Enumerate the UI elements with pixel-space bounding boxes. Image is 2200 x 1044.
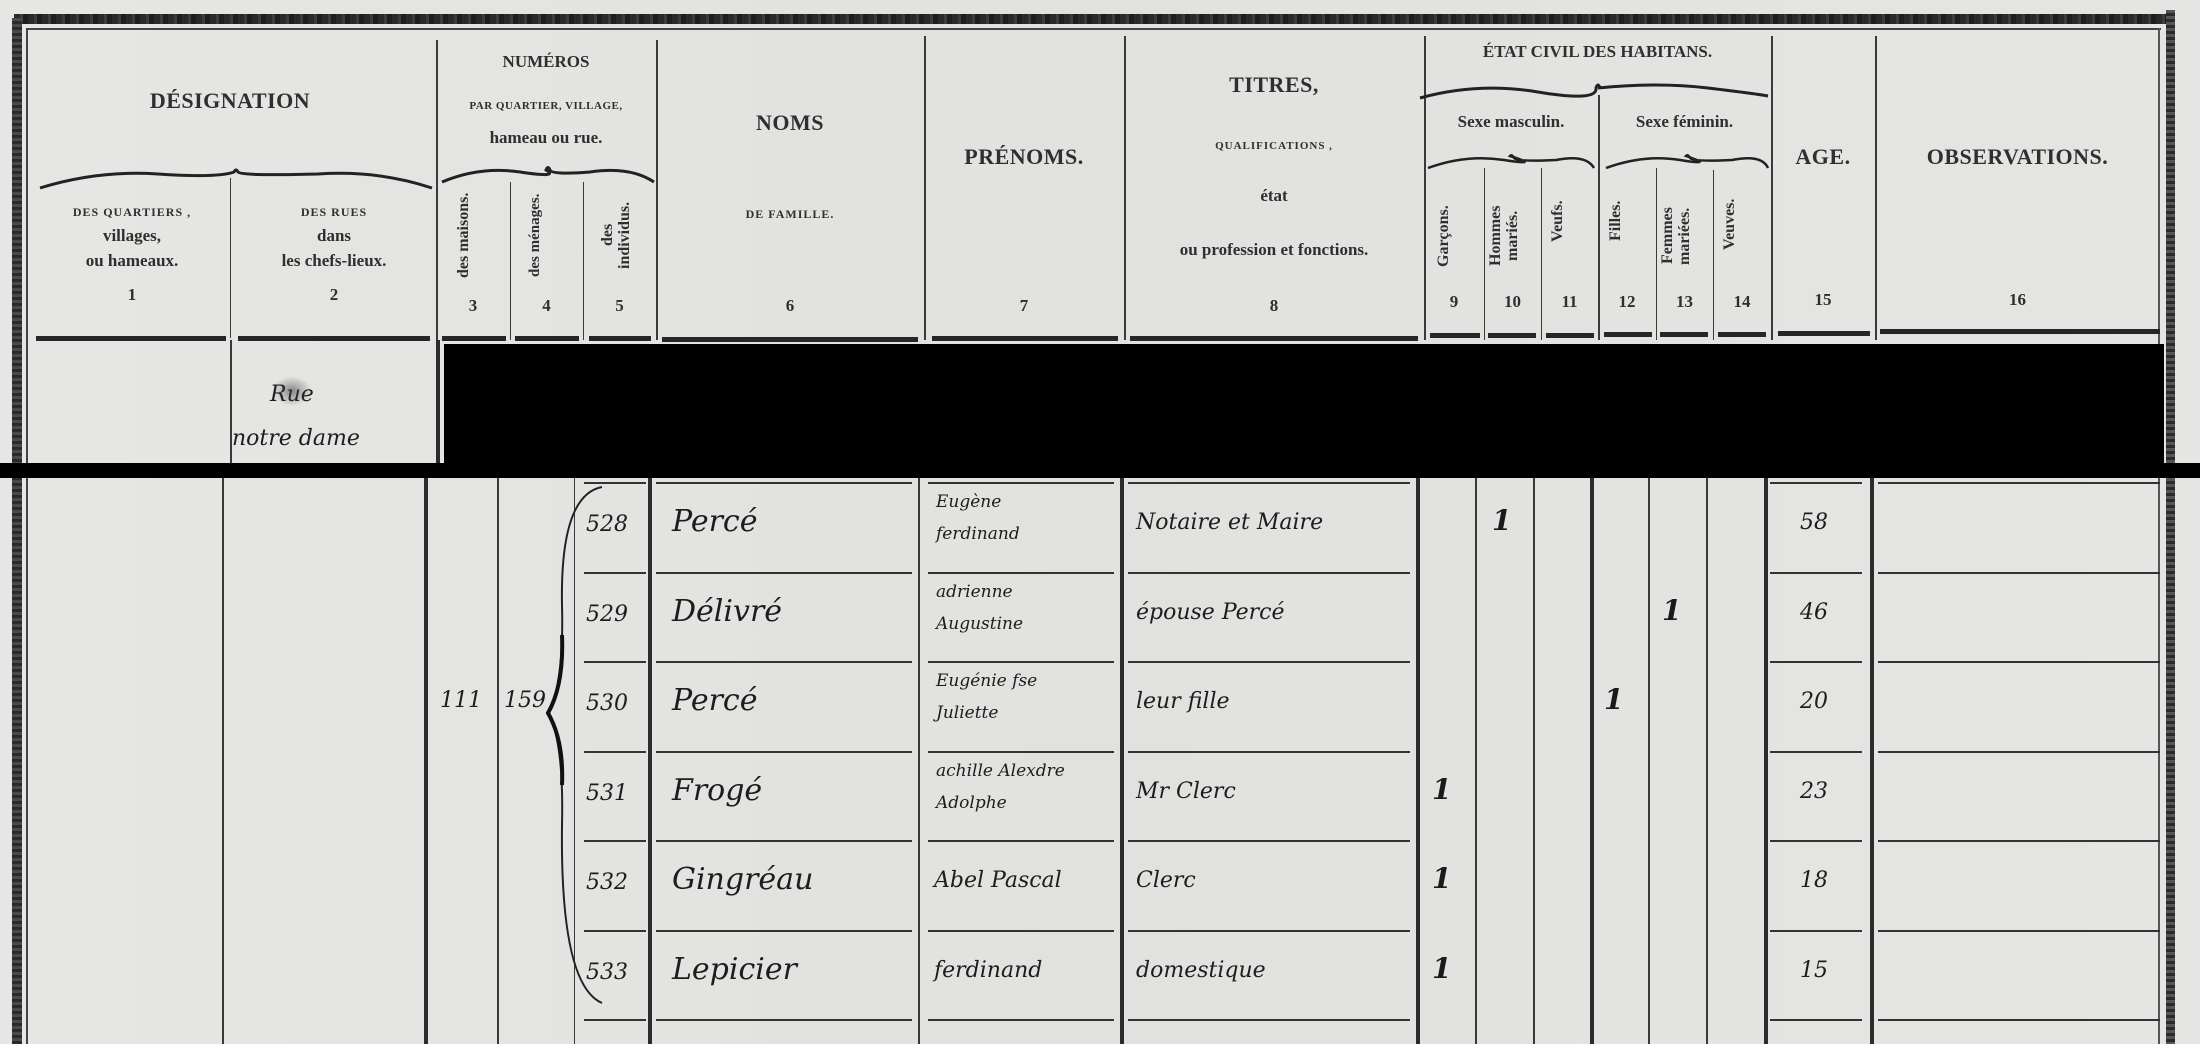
row-rule xyxy=(928,751,1114,753)
individual-number: 530 xyxy=(586,691,628,716)
brace-designation xyxy=(38,168,434,192)
row-rule xyxy=(1770,572,1862,574)
family-name: Gingréau xyxy=(672,862,813,897)
header-col1-line2: villages, xyxy=(34,226,230,246)
header-age: AGE. xyxy=(1771,144,1875,169)
title-profession: Clerc xyxy=(1136,868,1196,893)
row-rule xyxy=(928,840,1114,842)
header-titres-line4: ou profession et fonctions. xyxy=(1124,240,1424,260)
row-rule xyxy=(1770,1019,1862,1021)
header-noms-sub: DE FAMILLE. xyxy=(656,208,924,222)
rule-col12 xyxy=(1604,332,1652,337)
divider-col6 xyxy=(656,40,658,340)
header-titres-line2: QUALIFICATIONS , xyxy=(1124,140,1424,153)
brace-etat-civil-right xyxy=(1598,82,1770,102)
row-rule xyxy=(584,1019,646,1021)
rule-col16 xyxy=(1880,329,2160,334)
header-col2-number: 2 xyxy=(232,285,436,305)
header-col1: DES QUARTIERS , villages, ou hameaux. 1 xyxy=(34,206,230,304)
row-rule xyxy=(1128,1019,1410,1021)
data-divider-col7 xyxy=(918,478,920,1044)
title-profession: épouse Percé xyxy=(1136,600,1285,625)
family-name: Percé xyxy=(672,504,758,539)
data-divider-col13 xyxy=(1648,478,1650,1044)
header-col1-line1: DES QUARTIERS , xyxy=(34,206,230,220)
house-number: 111 xyxy=(440,688,482,713)
street-name-line2: notre dame xyxy=(232,426,360,451)
individual-number: 528 xyxy=(586,512,628,537)
divider-col5 xyxy=(583,182,584,340)
first-name-line2: ferdinand xyxy=(936,524,1020,544)
age-value: 15 xyxy=(1800,958,1828,983)
header-numeros: NUMÉROS xyxy=(436,52,656,72)
row-rule xyxy=(1770,751,1862,753)
header-col2-line2: dans xyxy=(232,226,436,246)
frame-left-inner-border xyxy=(26,28,28,1044)
frame-top-rule xyxy=(14,14,2174,24)
divider-col10 xyxy=(1484,168,1485,340)
civil-status-mark: 1 xyxy=(1604,683,1623,716)
divider-col7 xyxy=(924,36,926,340)
header-col3-number: 3 xyxy=(436,296,510,316)
first-name-line1: adrienne xyxy=(936,582,1013,602)
header-col11-label: Veufs. xyxy=(1550,186,1588,256)
header-col1-number: 1 xyxy=(34,285,230,305)
row-rule xyxy=(1770,840,1862,842)
row-rule xyxy=(928,930,1114,932)
row-rule xyxy=(1128,840,1410,842)
row-rule xyxy=(928,1019,1114,1021)
header-col15-number: 15 xyxy=(1771,290,1875,310)
data-divider-col2 xyxy=(222,478,224,1044)
civil-status-mark: 1 xyxy=(1492,504,1511,537)
rule-col11 xyxy=(1546,333,1594,338)
rule-col10 xyxy=(1488,333,1536,338)
row-rule xyxy=(656,572,912,574)
header-col7-number: 7 xyxy=(924,296,1124,316)
header-col4-label: des ménages. xyxy=(528,190,568,280)
age-value: 23 xyxy=(1800,779,1828,804)
header-designation: DÉSIGNATION xyxy=(30,88,430,113)
header-col14-label: Veuves. xyxy=(1722,186,1760,262)
divider-col3 xyxy=(436,40,438,340)
header-col16-number: 16 xyxy=(1875,290,2160,310)
header-col2: DES RUES dans les chefs-lieux. 2 xyxy=(232,206,436,304)
age-value: 20 xyxy=(1800,689,1828,714)
row-rule xyxy=(1128,482,1410,484)
first-name-line1: Eugénie fse xyxy=(936,671,1037,691)
header-col10-label: Hommes mariés. xyxy=(1488,186,1536,286)
divider-col13 xyxy=(1656,168,1657,340)
first-name: Abel Pascal xyxy=(934,868,1062,893)
ink-smudge xyxy=(272,376,312,406)
header-col1-line3: ou hameaux. xyxy=(34,251,230,271)
header-col11-number: 11 xyxy=(1541,292,1598,312)
data-divider-col15 xyxy=(1764,478,1768,1044)
row-rule xyxy=(1128,661,1410,663)
civil-status-mark: 1 xyxy=(1432,862,1451,895)
family-name: Percé xyxy=(672,683,758,718)
header-prenoms: PRÉNOMS. xyxy=(924,144,1124,169)
divider-col2 xyxy=(230,178,231,338)
row-rule xyxy=(1128,930,1410,932)
divider-col14 xyxy=(1713,170,1714,340)
row-rule xyxy=(928,482,1114,484)
age-value: 46 xyxy=(1800,600,1828,625)
data-divider-col12 xyxy=(1590,478,1594,1044)
data-divider-col10 xyxy=(1475,478,1477,1044)
header-noms: NOMS xyxy=(656,110,924,135)
frame-top-inner-rule xyxy=(26,28,2161,30)
frame-left-border xyxy=(12,18,22,1044)
row-rule xyxy=(1128,572,1410,574)
data-divider-col14 xyxy=(1706,478,1708,1044)
row-rule xyxy=(656,751,912,753)
row-rule xyxy=(1878,661,2160,663)
brace-household xyxy=(540,485,610,1005)
header-col6-number: 6 xyxy=(656,296,924,316)
header-col5-label: des individus. xyxy=(600,190,640,280)
age-value: 58 xyxy=(1800,510,1828,535)
row-rule xyxy=(656,930,912,932)
individual-number: 531 xyxy=(586,781,628,806)
data-divider-col6 xyxy=(648,478,652,1044)
title-profession: Mr Clerc xyxy=(1136,779,1236,804)
row-rule xyxy=(1878,751,2160,753)
row-rule xyxy=(656,1019,912,1021)
header-col8-number: 8 xyxy=(1124,296,1424,316)
rule-col6 xyxy=(662,337,918,342)
row-rule xyxy=(1878,1019,2160,1021)
brace-masculin xyxy=(1426,154,1596,172)
title-profession: Notaire et Maire xyxy=(1136,510,1323,535)
rule-col2 xyxy=(238,336,430,341)
first-name: ferdinand xyxy=(934,958,1042,983)
household-number: 159 xyxy=(504,688,546,713)
row-rule xyxy=(928,572,1114,574)
row-rule xyxy=(1878,930,2160,932)
first-name-line2: Augustine xyxy=(936,614,1023,634)
rule-col1 xyxy=(36,336,226,341)
header-col12-label: Filles. xyxy=(1608,186,1646,256)
rule-col4 xyxy=(515,336,579,341)
header-sexe-feminin: Sexe féminin. xyxy=(1598,112,1771,132)
header-col2-line3: les chefs-lieux. xyxy=(232,251,436,271)
rule-col9 xyxy=(1430,333,1480,338)
row-rule xyxy=(584,482,646,484)
age-value: 18 xyxy=(1800,868,1828,893)
header-etat-civil: ÉTAT CIVIL DES HABITANS. xyxy=(1424,42,1771,62)
family-name: Délivré xyxy=(672,594,782,629)
civil-status-mark: 1 xyxy=(1432,773,1451,806)
header-col9-label: Garçons. xyxy=(1436,186,1474,286)
civil-status-mark: 1 xyxy=(1432,952,1451,985)
divider-col3-street xyxy=(436,340,440,465)
header-col4-number: 4 xyxy=(510,296,583,316)
data-divider-col8 xyxy=(1120,478,1124,1044)
header-titres: TITRES, xyxy=(1124,72,1424,97)
row-rule xyxy=(1878,482,2160,484)
row-rule xyxy=(1878,840,2160,842)
first-name-line2: Juliette xyxy=(936,703,998,723)
individual-number: 532 xyxy=(586,870,628,895)
first-name-line2: Adolphe xyxy=(936,793,1007,813)
row-rule xyxy=(1770,930,1862,932)
row-rule xyxy=(1878,572,2160,574)
frame-right-inner-border xyxy=(2158,28,2160,1044)
row-rule xyxy=(656,840,912,842)
family-name: Frogé xyxy=(672,773,762,808)
header-numeros-sub2: hameau ou rue. xyxy=(436,128,656,148)
header-col14-number: 14 xyxy=(1713,292,1771,312)
data-divider-col9 xyxy=(1416,478,1420,1044)
rule-col13 xyxy=(1660,332,1708,337)
title-profession: leur fille xyxy=(1136,689,1230,714)
brace-feminin xyxy=(1604,154,1770,172)
frame-right-border xyxy=(2166,10,2175,1044)
header-col12-number: 12 xyxy=(1598,292,1656,312)
header-col2-line1: DES RUES xyxy=(232,206,436,220)
first-name-line1: achille Alexdre xyxy=(936,761,1065,781)
title-profession: domestique xyxy=(1136,958,1266,983)
header-observations: OBSERVATIONS. xyxy=(1875,144,2160,169)
header-numeros-sub1: PAR QUARTIER, VILLAGE, xyxy=(436,100,656,113)
redaction-block xyxy=(444,344,2164,464)
family-name: Lepicier xyxy=(672,952,797,987)
rule-col5 xyxy=(589,336,651,341)
header-col5-number: 5 xyxy=(583,296,656,316)
header-sexe-masculin: Sexe masculin. xyxy=(1424,112,1598,132)
data-divider-col16 xyxy=(1870,478,1874,1044)
redaction-band xyxy=(0,463,2200,478)
rule-col15 xyxy=(1778,331,1870,336)
data-divider-col4 xyxy=(497,478,499,1044)
header-col3-label: des maisons. xyxy=(456,190,496,280)
row-rule xyxy=(928,661,1114,663)
header-titres-line3: état xyxy=(1124,186,1424,206)
rule-col3 xyxy=(442,336,506,341)
row-rule xyxy=(656,482,912,484)
individual-number: 529 xyxy=(586,602,628,627)
row-rule xyxy=(1770,661,1862,663)
header-col13-label: Femmes mariées. xyxy=(1660,186,1708,286)
individual-number: 533 xyxy=(586,960,628,985)
divider-col4 xyxy=(510,182,511,340)
divider-col11 xyxy=(1541,168,1542,340)
data-divider-col11 xyxy=(1533,478,1535,1044)
brace-numeros xyxy=(440,166,656,186)
rule-col8 xyxy=(1130,336,1418,341)
rule-col7 xyxy=(932,336,1118,341)
row-rule xyxy=(1128,751,1410,753)
row-rule xyxy=(656,661,912,663)
first-name-line1: Eugène xyxy=(936,492,1001,512)
civil-status-mark: 1 xyxy=(1662,594,1681,627)
header-col9-number: 9 xyxy=(1424,292,1484,312)
row-rule xyxy=(1770,482,1862,484)
data-divider-col3 xyxy=(424,478,428,1044)
header-col10-number: 10 xyxy=(1484,292,1541,312)
rule-col14 xyxy=(1718,332,1766,337)
header-col13-number: 13 xyxy=(1656,292,1713,312)
